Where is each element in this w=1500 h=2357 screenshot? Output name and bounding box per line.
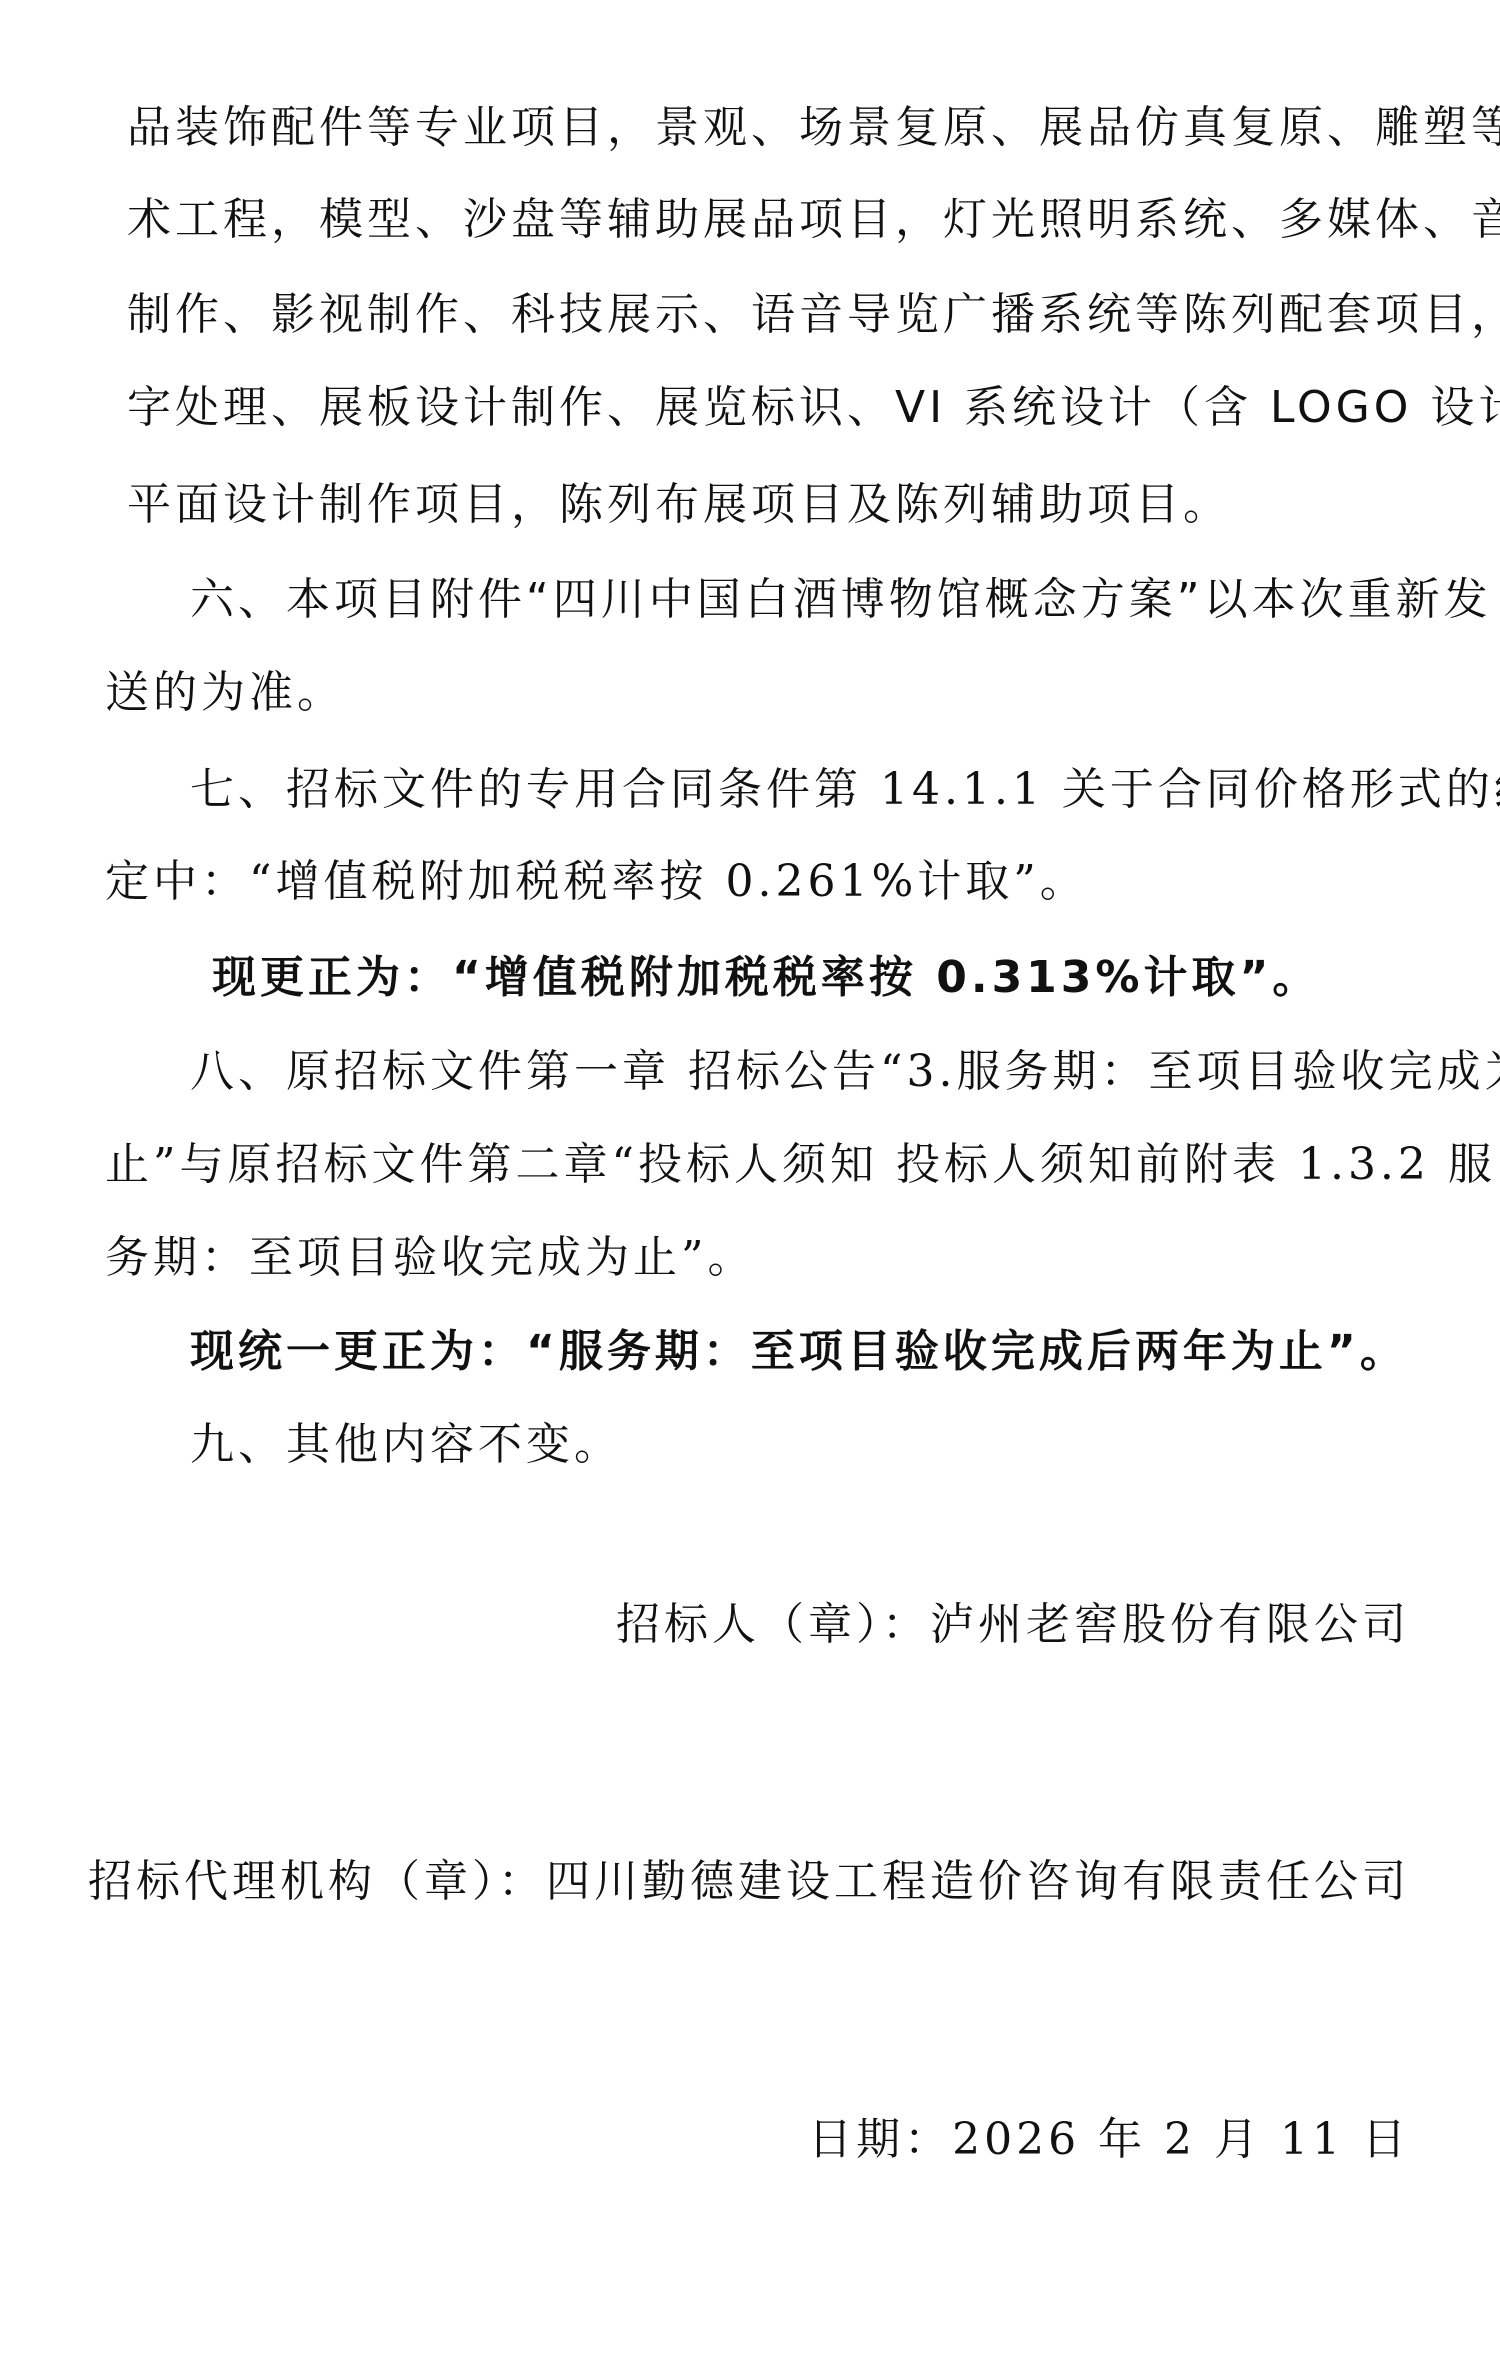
section-9: 九、其他内容不变。: [190, 1417, 1410, 1473]
section-6-heading: 六、本项目附件“四川中国白酒博物馆概念方案”以本次重新发: [190, 572, 1410, 628]
signature-date: 日期：2026 年 2 月 11 日: [808, 2112, 1410, 2168]
section-8-correction: 现统一更正为：“服务期：至项目验收完成后两年为止”。: [190, 1324, 1408, 1380]
section-7-correction: 现更正为：“增值税附加税税率按 0.313%计取”。: [212, 950, 1320, 1006]
section-8-continuation-1: 止”与原招标文件第二章“投标人须知 投标人须知前附表 1.3.2 服: [105, 1137, 1410, 1193]
body-line-5: 平面设计制作项目，陈列布展项目及陈列辅助项目。: [127, 477, 1410, 533]
body-line-3: 制作、影视制作、科技展示、语音导览广播系统等陈列配套项目，文: [127, 287, 1410, 343]
agency-signature: 招标代理机构（章）：四川勤德建设工程造价咨询有限责任公司: [88, 1854, 1410, 1910]
section-7-heading: 七、招标文件的专用合同条件第 14.1.1 关于合同价格形式的约: [190, 762, 1410, 818]
body-line-1: 品装饰配件等专业项目，景观、场景复原、展品仿真复原、雕塑等艺: [127, 100, 1410, 156]
tenderer-signature: 招标人（章）：泸州老窖股份有限公司: [616, 1597, 1410, 1653]
body-line-2: 术工程，模型、沙盘等辅助展品项目，灯光照明系统、多媒体、音像: [127, 192, 1410, 248]
section-7-continuation: 定中：“增值税附加税税率按 0.261%计取”。: [105, 854, 1410, 910]
section-8-continuation-2: 务期：至项目验收完成为止”。: [105, 1230, 1410, 1286]
section-6-continuation: 送的为准。: [105, 665, 1410, 721]
section-8-heading: 八、原招标文件第一章 招标公告“3.服务期：至项目验收完成为: [190, 1044, 1410, 1100]
body-line-4: 字处理、展板设计制作、展览标识、VI 系统设计（含 LOGO 设计）等: [127, 380, 1410, 436]
